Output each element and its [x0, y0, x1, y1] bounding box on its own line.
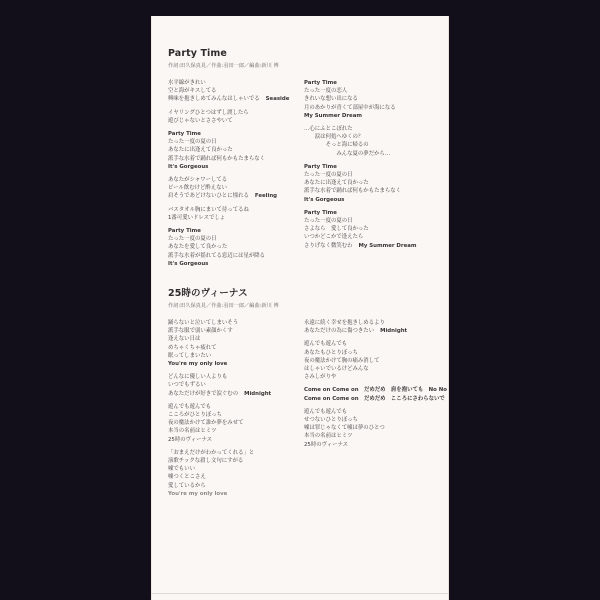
lyric-line: 水平線がきれい [168, 79, 308, 87]
lyric-text-jp: たった一度の夏の日 [168, 236, 217, 242]
lyric-text-jp: そっと海に帰るの [304, 142, 369, 148]
lyric-text-jp: 嘘は罪じゃなくて嘘は夢のひとつ [304, 425, 385, 431]
lyric-line: せつないひとりぼっち [304, 416, 449, 424]
lyric-text-jp: どんなに優しい人よりも [168, 374, 227, 380]
lyric-text-jp: あなただけが好きで涙ぐむの [168, 391, 238, 397]
lyric-line: You're my only love [168, 360, 308, 368]
lyric-stanza: 遊んでも遊んでもこころがひとりぼっち夜の魔法かけて誰か夢をみせて本当の名前はヒミ… [168, 403, 308, 444]
lyric-line: 興味を抱きしめてみんなはしゃいでるSeaside [168, 95, 308, 103]
lyric-line: 遊んでも遊んでも [168, 403, 308, 411]
lyric-stanza: 踊らないと泣いてしまいそう派手な服で弱い素顔かくす逢えない日はめちゃくちゃ疲れて… [168, 319, 308, 368]
lyric-line: めちゃくちゃ疲れて [168, 344, 308, 352]
song-party-time: Party Time 作詞:田久保真見／作曲:羽田一郎／編曲:新川 博 水平線が… [168, 48, 444, 79]
lyric-stanza: イヤリングひとつはずし渡したら遊びじゃないとささやいて [168, 109, 308, 125]
lyric-stanza: Come on Come on だめだめ 肩を抱いても No No NoCome… [304, 386, 449, 402]
lyric-line: Party Time [304, 79, 449, 87]
lyric-stanza: あなたがシャワーしてるビール飲むけど酔えない肩そうであどけないひとに憧れるFee… [168, 176, 308, 201]
lyric-line: 永遠に続く幸せを抱きしめるより [304, 319, 449, 327]
lyric-text-jp: 遊んでも遊んでも [168, 404, 211, 410]
lyric-text-jp: 踊らないと泣いてしまいそう [168, 320, 238, 326]
lyric-line: It's Gorgeous [168, 163, 308, 171]
lyric-line: どんなに優しい人よりも [168, 373, 308, 381]
lyric-text-en: Midnight [244, 391, 271, 397]
lyric-stanza: 遊んでも遊んでもせつないひとりぼっち嘘は罪じゃなくて嘘は夢のひとつ本当の名前はヒ… [304, 408, 449, 449]
lyrics-card: Party Time 作詞:田久保真見／作曲:羽田一郎／編曲:新川 博 水平線が… [151, 16, 449, 600]
lyric-stanza: 「おまえだけがわかってくれる」と演歌チックな殺し文句にすがる嘘でもいい嘘つくとこ… [168, 449, 308, 498]
lyric-line: あなたに出逢えて良かった [304, 179, 449, 187]
lyric-line: 派手な水着で踊れば何もかもたまらなく [168, 155, 308, 163]
lyric-text-jp: こころがひとりぼっち [168, 412, 222, 418]
lyric-line: It's Gorgeous [168, 260, 308, 268]
lyric-line: Party Time [304, 209, 449, 217]
lyric-text-jp: あなたに出逢えて良かった [304, 180, 369, 186]
lyric-line: …心にふとこぼれた [304, 125, 449, 133]
lyric-text-jp: たった一度の夏の日 [168, 139, 217, 145]
lyric-text-jp: 本当の名前はヒミツ [168, 428, 217, 434]
lyric-text-jp: …心にふとこぼれた [304, 126, 353, 132]
lyric-line: そっと海に帰るの [304, 141, 449, 149]
lyric-line: あなたに出逢えて良かった [168, 146, 308, 154]
lyric-line: Party Time [168, 227, 308, 235]
song-title: Party Time [168, 48, 444, 60]
lyric-text-en: Feeling [255, 193, 277, 199]
lyric-text-jp: さりげなく微笑むわ [304, 243, 353, 249]
lyric-text-en: My Summer Dream [359, 243, 417, 249]
lyric-line: 本当の名前はヒミツ [168, 427, 308, 435]
lyric-text-jp: あなたを愛して良かった [168, 244, 227, 250]
lyric-line: 逢えない日は [168, 335, 308, 343]
lyric-line: さみしがりや [304, 373, 449, 381]
lyric-text-jp: 遊んでも遊んでも [304, 341, 347, 347]
lyric-text-jp: せつないひとりぼっち [304, 417, 358, 423]
lyric-line: 踊らないと泣いてしまいそう [168, 319, 308, 327]
lyric-text-jp: 派手な服で弱い素顔かくす [168, 328, 233, 334]
lyric-stanza: Party Timeたった一度の夏の日あなたを愛して良かった派手な水着が揺れてる… [168, 227, 308, 268]
lyric-text-jp: 永遠に続く幸せを抱きしめるより [304, 320, 385, 326]
lyric-text-en: Seaside [266, 96, 290, 102]
lyric-text-jp: 本当の名前はヒミツ [304, 433, 353, 439]
lyric-line: 空と海がキスしてる [168, 87, 308, 95]
lyric-text-jp: 水平線がきれい [168, 80, 206, 86]
lyric-text-jp: みんな夏の夢だから… [304, 151, 390, 157]
lyric-text-jp: 遊びじゃないとささやいて [168, 118, 233, 124]
lyric-text-jp: 演歌チックな殺し文句にすがる [168, 458, 243, 464]
lyric-line: たった一度の恋人 [304, 87, 449, 95]
lyric-line: 本当の名前はヒミツ [304, 432, 449, 440]
lyric-line: 愛しているから [168, 482, 308, 490]
lyric-line: たった一度の夏の日 [168, 138, 308, 146]
lyrics-column-left: 水平線がきれい空と海がキスしてる興味を抱きしめてみんなはしゃいでるSeaside… [168, 79, 308, 273]
lyric-line: 月のあかりが青くて部屋中が海になる [304, 104, 449, 112]
lyric-text-jp: イヤリングひとつはずし渡したら [168, 110, 249, 116]
lyric-stanza: Party Timeたった一度の夏の日あなたに出逢えて良かった派手な水着で踊れば… [168, 130, 308, 171]
lyrics-column-right: 永遠に続く幸せを抱きしめるよりあなただけの為に傷つきたいMidnight遊んでも… [304, 319, 449, 454]
lyric-line: 嘘は罪じゃなくて嘘は夢のひとつ [304, 424, 449, 432]
lyric-line: 演歌チックな殺し文句にすがる [168, 457, 308, 465]
lyric-text-jp: 派手な水着で踊れば何もかもたまらなく [304, 188, 401, 194]
lyric-stanza: Party Timeたった一度の夏の日あなたに出逢えて良かった派手な水着で踊れば… [304, 163, 449, 204]
lyric-line: 夜の魔法かけて誰か夢をみせて [168, 419, 308, 427]
lyric-line: 遊びじゃないとささやいて [168, 117, 308, 125]
lyric-text-jp: さみしがりや [304, 374, 336, 380]
lyric-text-jp: 月のあかりが青くて部屋中が海になる [304, 105, 396, 111]
lyric-text-jp: 派手な水着が揺れてる窓辺には星が降る [168, 253, 265, 259]
lyric-line: さりげなく微笑むわMy Summer Dream [304, 242, 449, 250]
lyric-line: 派手な水着が揺れてる窓辺には星が降る [168, 252, 308, 260]
lyric-line: You're my only love [168, 490, 308, 498]
lyric-line: たった一度の夏の日 [304, 217, 449, 225]
song-25ji-no-venus: 25時のヴィーナス 作詞:田久保真見／作曲:羽田一郎／編曲:新川 博 踊らないと… [168, 288, 444, 319]
lyric-text-jp: 派手な水着で踊れば何もかもたまらなく [168, 156, 265, 162]
lyric-line: あなただけが好きで涙ぐむのMidnight [168, 390, 308, 398]
lyric-line: Come on Come on だめだめ こころにさわらないで [304, 395, 449, 403]
lyric-text-jp: 眠ってしまいたい [168, 353, 211, 359]
lyric-text-jp: たった一度の夏の日 [304, 172, 353, 178]
lyric-line: 涙は何処へゆくの？ [304, 133, 449, 141]
lyric-line: 夜の魔法かけて胸の痛み消して [304, 357, 449, 365]
lyric-text-jp: 嘘でもいい [168, 466, 195, 472]
lyric-stanza: 遊んでも遊んでもあなたもひとりぼっち夜の魔法かけて胸の痛み消してはしゃいでいるけ… [304, 340, 449, 381]
lyric-stanza: 永遠に続く幸せを抱きしめるよりあなただけの為に傷つきたいMidnight [304, 319, 449, 335]
lyric-text-jp: たった一度の夏の日 [304, 218, 353, 224]
lyric-text-en: Midnight [380, 328, 407, 334]
lyric-line: 1番可愛いドレスでしょ [168, 214, 308, 222]
lyric-line: It's Gorgeous [304, 196, 449, 204]
lyric-line: あなたがシャワーしてる [168, 176, 308, 184]
lyric-text-jp: 夜の魔法かけて胸の痛み消して [304, 358, 379, 364]
lyric-text-jp: 遊んでも遊んでも [304, 409, 347, 415]
lyric-text-jp: 夜の魔法かけて誰か夢をみせて [168, 420, 243, 426]
lyric-line: Party Time [168, 130, 308, 138]
lyric-text-jp: めちゃくちゃ疲れて [168, 345, 217, 351]
song-credits: 作詞:田久保真見／作曲:羽田一郎／編曲:新川 博 [168, 62, 444, 70]
lyric-line: 眠ってしまいたい [168, 352, 308, 360]
lyric-text-jp: あなたがシャワーしてる [168, 177, 227, 183]
lyric-line: たった一度の夏の日 [304, 171, 449, 179]
lyric-text-jp: さよなら 愛して良かった [304, 226, 369, 232]
lyric-text-jp: 空と海がキスしてる [168, 88, 216, 94]
lyrics-column-right: Party Timeたった一度の恋人きれいな想い出になる月のあかりが青くて部屋中… [304, 79, 449, 255]
lyric-line: 嘘つくとこさえ [168, 473, 308, 481]
lyric-text-jp: 肩そうであどけないひとに憧れる [168, 193, 249, 199]
lyric-text-jp: 愛しているから [168, 483, 206, 489]
lyric-text-jp: あなただけの為に傷つきたい [304, 328, 374, 334]
lyric-text-jp: 「おまえだけがわかってくれる」と [168, 450, 254, 456]
lyric-line: 嘘でもいい [168, 465, 308, 473]
lyric-line: あなたを愛して良かった [168, 243, 308, 251]
lyric-line: 25時のヴィーナス [168, 436, 308, 444]
lyric-line: Come on Come on だめだめ 肩を抱いても No No No [304, 386, 449, 394]
lyric-line: 「おまえだけがわかってくれる」と [168, 449, 308, 457]
lyric-text-jp: あなたもひとりぼっち [304, 350, 358, 356]
lyric-text-jp: 25時のヴィーナス [304, 442, 348, 448]
lyric-line: 肩そうであどけないひとに憧れるFeeling [168, 192, 308, 200]
lyric-stanza: Party Timeたった一度の夏の日さよなら 愛して良かったいつかどこかで逢え… [304, 209, 449, 250]
lyric-line: みんな夏の夢だから… [304, 150, 449, 158]
lyric-line: こころがひとりぼっち [168, 411, 308, 419]
lyrics-column-left: 踊らないと泣いてしまいそう派手な服で弱い素顔かくす逢えない日はめちゃくちゃ疲れて… [168, 319, 308, 503]
lyric-stanza: 水平線がきれい空と海がキスしてる興味を抱きしめてみんなはしゃいでるSeaside [168, 79, 308, 104]
lyric-line: いつでもずるい [168, 381, 308, 389]
lyric-text-jp: 25時のヴィーナス [168, 437, 212, 443]
lyric-line: イヤリングひとつはずし渡したら [168, 109, 308, 117]
lyric-text-jp: 涙は何処へゆくの？ [304, 134, 363, 140]
lyric-line: あなたもひとりぼっち [304, 349, 449, 357]
lyric-line: Party Time [304, 163, 449, 171]
lyric-line: 25時のヴィーナス [304, 441, 449, 449]
lyric-line: 派手な服で弱い素顔かくす [168, 327, 308, 335]
lyric-line: バスタオル胸にまいて待ってるね [168, 206, 308, 214]
lyric-text-jp: あなたに出逢えて良かった [168, 147, 233, 153]
lyric-line: 遊んでも遊んでも [304, 408, 449, 416]
lyric-text-jp: 嘘つくとこさえ [168, 474, 206, 480]
lyric-stanza: どんなに優しい人よりもいつでもずるいあなただけが好きで涙ぐむのMidnight [168, 373, 308, 398]
lyric-line: さよなら 愛して良かった [304, 225, 449, 233]
lyric-line: いつかどこかで逢えたら [304, 233, 449, 241]
lyric-text-jp: ビール飲むけど酔えない [168, 185, 227, 191]
lyric-line: はしゃいでいるけどみんな [304, 365, 449, 373]
lyric-stanza: バスタオル胸にまいて待ってるね1番可愛いドレスでしょ [168, 206, 308, 222]
card-fold-line [151, 593, 449, 594]
lyric-line: 派手な水着で踊れば何もかもたまらなく [304, 187, 449, 195]
lyric-stanza: Party Timeたった一度の恋人きれいな想い出になる月のあかりが青くて部屋中… [304, 79, 449, 120]
lyric-line: ビール飲むけど酔えない [168, 184, 308, 192]
lyric-text-jp: いつでもずるい [168, 382, 206, 388]
lyric-line: 遊んでも遊んでも [304, 340, 449, 348]
lyric-text-jp: きれいな想い出になる [304, 96, 358, 102]
song-credits: 作詞:田久保真見／作曲:羽田一郎／編曲:新川 博 [168, 302, 444, 310]
lyric-line: あなただけの為に傷つきたいMidnight [304, 327, 449, 335]
lyric-text-jp: はしゃいでいるけどみんな [304, 366, 369, 372]
lyric-text-jp: 興味を抱きしめてみんなはしゃいでる [168, 96, 260, 102]
lyric-line: たった一度の夏の日 [168, 235, 308, 243]
lyric-text-jp: 逢えない日は [168, 336, 200, 342]
lyric-line: My Summer Dream [304, 112, 449, 120]
lyric-text-jp: 1番可愛いドレスでしょ [168, 215, 225, 221]
song-title: 25時のヴィーナス [168, 288, 444, 300]
lyric-stanza: …心にふとこぼれた 涙は何処へゆくの？ そっと海に帰るの みんな夏の夢だから… [304, 125, 449, 158]
lyric-line: きれいな想い出になる [304, 95, 449, 103]
lyric-text-jp: いつかどこかで逢えたら [304, 234, 363, 240]
lyric-text-jp: バスタオル胸にまいて待ってるね [168, 207, 249, 213]
lyric-text-jp: たった一度の恋人 [304, 88, 347, 94]
